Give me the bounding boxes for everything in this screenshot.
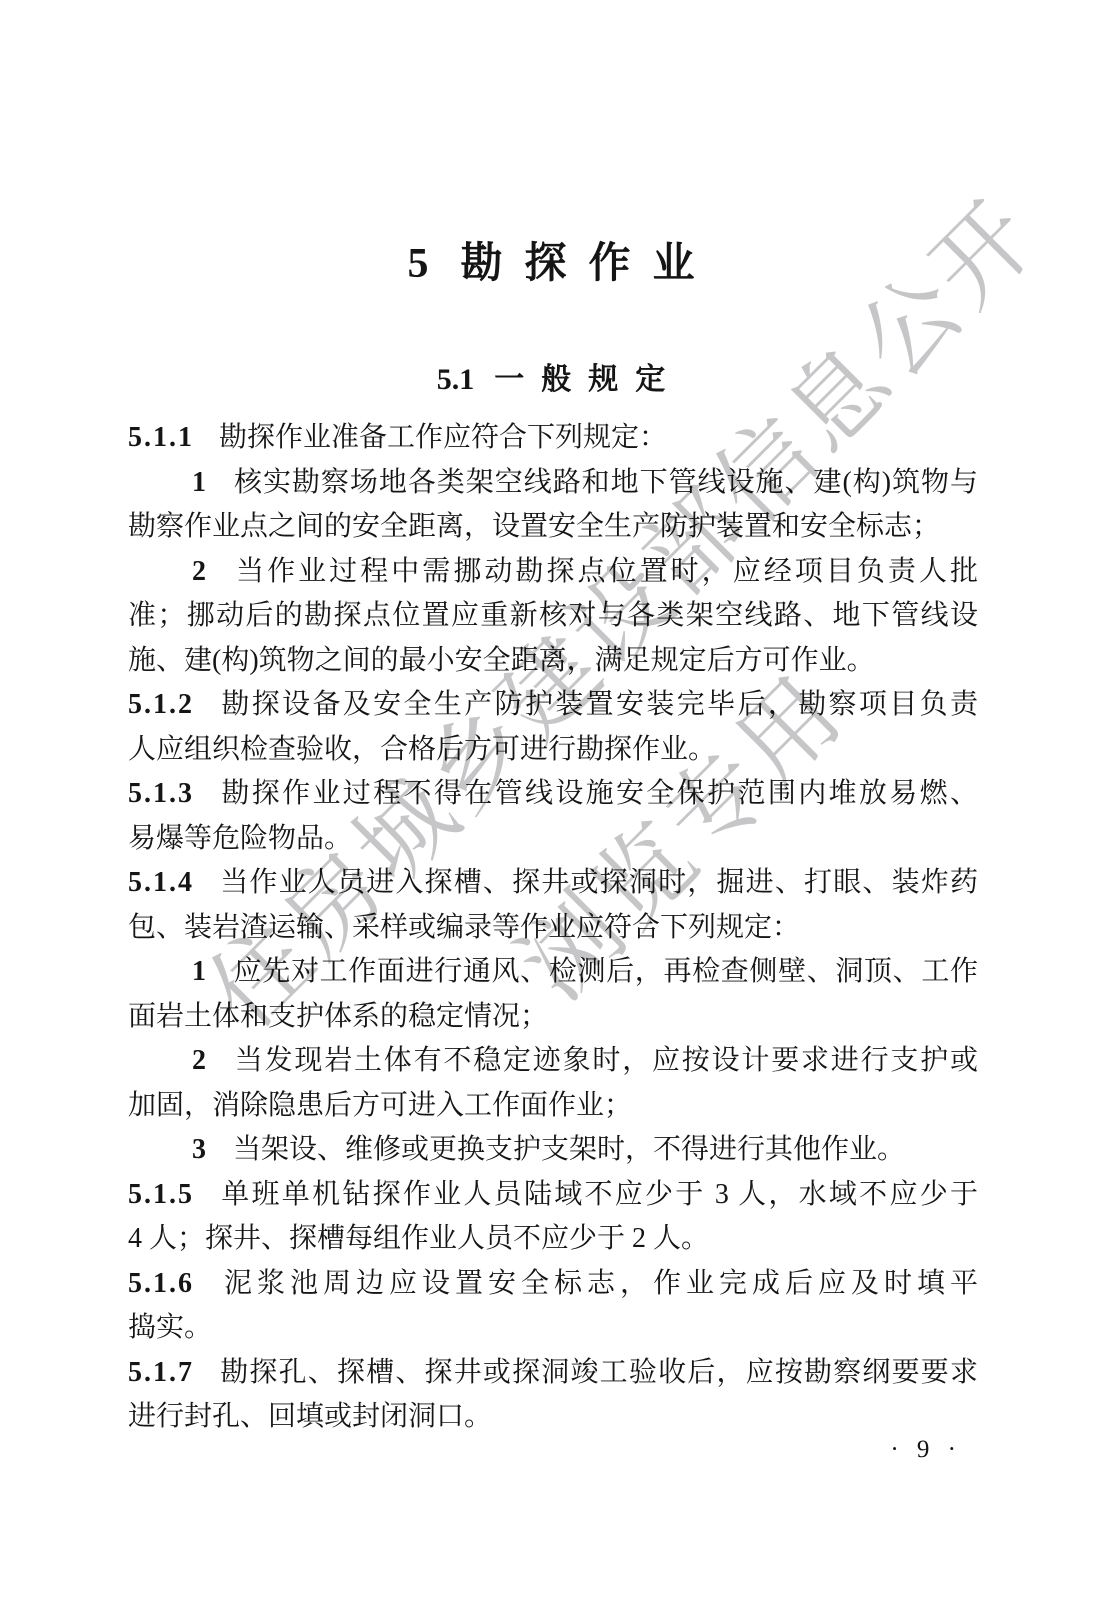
text-line: 4 人；探井、探槽每组作业人员不应少于 2 人。 xyxy=(128,1217,978,1262)
text-line: 进行封孔、回填或封闭洞口。 xyxy=(128,1395,978,1440)
text-line: 捣实。 xyxy=(128,1306,978,1351)
line-text: 当架设、维修或更换支护支架时，不得进行其他作业。 xyxy=(233,1134,905,1165)
line-text: 当发现岩土体有不稳定迹象时，应按设计要求进行支护或 xyxy=(233,1045,978,1076)
line-text: 包、装岩渣运输、采样或编录等作业应符合下列规定： xyxy=(128,912,800,943)
clause-number: 5.1.7 xyxy=(128,1357,194,1388)
chapter-title: 勘探作业 xyxy=(460,241,716,287)
line-text: 当作业人员进入探槽、探井或探洞时，掘进、打眼、装炸药 xyxy=(219,867,978,898)
text-line: 2当发现岩土体有不稳定迹象时，应按设计要求进行支护或 xyxy=(128,1039,978,1084)
line-text: 单班单机钻探作业人员陆域不应少于 3 人，水域不应少于 xyxy=(219,1179,978,1210)
text-line: 5.1.7勘探孔、探槽、探井或探洞竣工验收后，应按勘察纲要要求 xyxy=(128,1351,978,1396)
line-text: 捣实。 xyxy=(128,1312,212,1343)
clause-number: 5.1.5 xyxy=(128,1179,194,1210)
section-title: 一般规定 xyxy=(494,363,682,396)
page-number: · 9 · xyxy=(890,1434,962,1466)
item-number: 3 xyxy=(192,1134,208,1165)
line-text: 勘察作业点之间的安全距离，设置安全生产防护装置和安全标志； xyxy=(128,511,940,542)
line-text: 面岩土体和支护体系的稳定情况； xyxy=(128,1001,548,1032)
clause-number: 5.1.6 xyxy=(128,1268,194,1299)
line-text: 核实勘察场地各类架空线路和地下管线设施、建(构)筑物与 xyxy=(233,467,978,498)
line-text: 应先对工作面进行通风、检测后，再检查侧壁、洞顶、工作 xyxy=(233,956,978,987)
line-text: 泥浆池周边应设置安全标志，作业完成后应及时填平 xyxy=(219,1268,978,1299)
line-text: 准；挪动后的勘探点位置应重新核对与各类架空线路、地下管线设 xyxy=(128,600,978,631)
clause-number: 5.1.2 xyxy=(128,689,194,720)
item-number: 2 xyxy=(192,1045,208,1076)
item-number: 2 xyxy=(192,556,208,587)
text-line: 勘察作业点之间的安全距离，设置安全生产防护装置和安全标志； xyxy=(128,505,978,550)
text-line: 3当架设、维修或更换支护支架时，不得进行其他作业。 xyxy=(128,1128,978,1173)
body-text: 5.1.1勘探作业准备工作应符合下列规定： 1核实勘察场地各类架空线路和地下管线… xyxy=(128,416,978,1440)
line-text: 易爆等危险物品。 xyxy=(128,823,352,854)
text-line: 1应先对工作面进行通风、检测后，再检查侧壁、洞顶、工作 xyxy=(128,950,978,995)
line-text: 勘探孔、探槽、探井或探洞竣工验收后，应按勘察纲要要求 xyxy=(219,1357,978,1388)
line-text: 勘探设备及安全生产防护装置安装完毕后，勘察项目负责 xyxy=(219,689,978,720)
text-line: 包、装岩渣运输、采样或编录等作业应符合下列规定： xyxy=(128,906,978,951)
text-line: 易爆等危险物品。 xyxy=(128,817,978,862)
section-number: 5.1 xyxy=(437,363,475,396)
text-line: 施、建(构)筑物之间的最小安全距离，满足规定后方可作业。 xyxy=(128,639,978,684)
text-line: 人应组织检查验收，合格后方可进行勘探作业。 xyxy=(128,728,978,773)
line-text: 勘探作业准备工作应符合下列规定： xyxy=(219,422,667,453)
line-text: 勘探作业过程不得在管线设施安全保护范围内堆放易燃、 xyxy=(219,778,978,809)
document-page: 住房城乡建设部信息公开 浏览专用 5勘探作业 5.1一般规定 5.1.1勘探作业… xyxy=(0,0,1102,1598)
clause-number: 5.1.1 xyxy=(128,422,194,453)
item-number: 1 xyxy=(192,956,208,987)
line-text: 进行封孔、回填或封闭洞口。 xyxy=(128,1401,492,1432)
text-line: 5.1.5单班单机钻探作业人员陆域不应少于 3 人，水域不应少于 xyxy=(128,1173,978,1218)
text-line: 2当作业过程中需挪动勘探点位置时，应经项目负责人批 xyxy=(128,550,978,595)
text-line: 5.1.4当作业人员进入探槽、探井或探洞时，掘进、打眼、装炸药 xyxy=(128,861,978,906)
text-line: 5.1.1勘探作业准备工作应符合下列规定： xyxy=(128,416,978,461)
item-number: 1 xyxy=(192,467,208,498)
line-text: 施、建(构)筑物之间的最小安全距离，满足规定后方可作业。 xyxy=(128,645,875,676)
section-heading: 5.1一般规定 xyxy=(0,358,1102,402)
text-line: 5.1.3勘探作业过程不得在管线设施安全保护范围内堆放易燃、 xyxy=(128,772,978,817)
line-text: 4 人；探井、探槽每组作业人员不应少于 2 人。 xyxy=(128,1223,709,1254)
clause-number: 5.1.3 xyxy=(128,778,194,809)
text-line: 加固，消除隐患后方可进入工作面作业； xyxy=(128,1084,978,1129)
chapter-number: 5 xyxy=(407,241,428,287)
text-line: 1核实勘察场地各类架空线路和地下管线设施、建(构)筑物与 xyxy=(128,461,978,506)
text-line: 5.1.6泥浆池周边应设置安全标志，作业完成后应及时填平 xyxy=(128,1262,978,1307)
text-line: 面岩土体和支护体系的稳定情况； xyxy=(128,995,978,1040)
line-text: 加固，消除隐患后方可进入工作面作业； xyxy=(128,1090,632,1121)
chapter-heading: 5勘探作业 xyxy=(0,236,1102,292)
line-text: 人应组织检查验收，合格后方可进行勘探作业。 xyxy=(128,734,716,765)
clause-number: 5.1.4 xyxy=(128,867,194,898)
line-text: 当作业过程中需挪动勘探点位置时，应经项目负责人批 xyxy=(233,556,978,587)
text-line: 5.1.2勘探设备及安全生产防护装置安装完毕后，勘察项目负责 xyxy=(128,683,978,728)
text-line: 准；挪动后的勘探点位置应重新核对与各类架空线路、地下管线设 xyxy=(128,594,978,639)
